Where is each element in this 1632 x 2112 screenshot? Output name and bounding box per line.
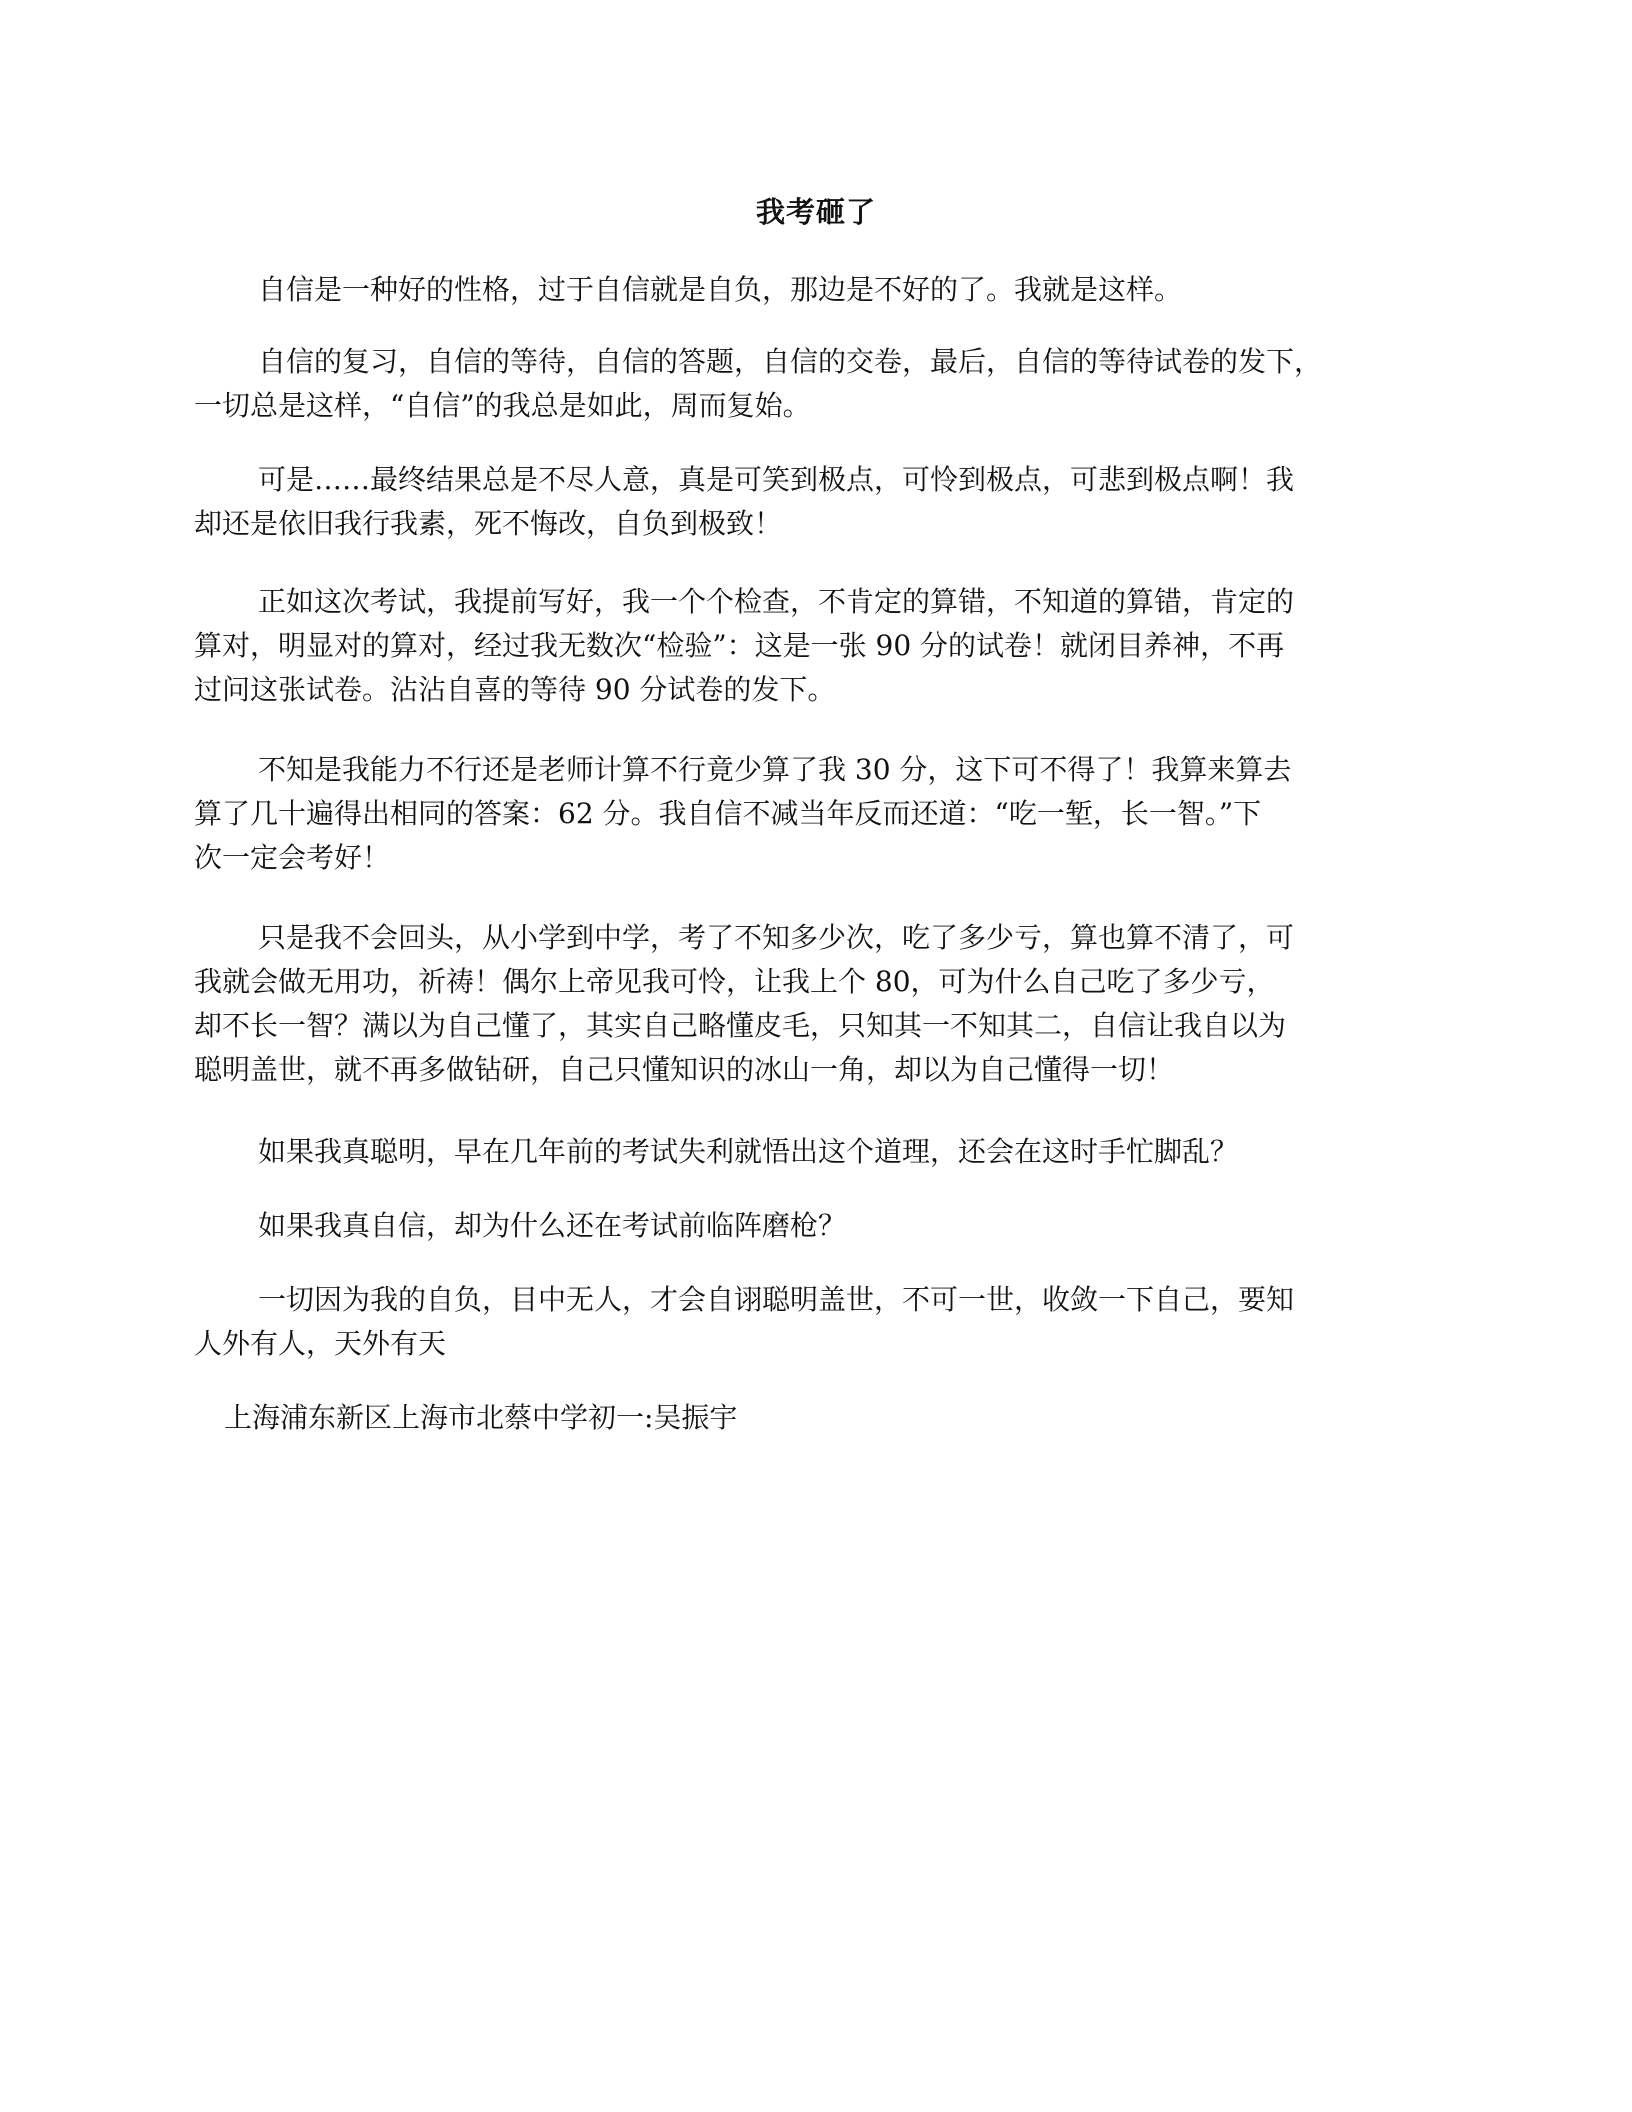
paragraph-line: 却还是依旧我行我素，死不悔改，自负到极致！	[194, 502, 1454, 546]
paragraph-line: 可是……最终结果总是不尽人意，真是可笑到极点，可怜到极点，可悲到极点啊！我	[194, 458, 1454, 502]
paragraph-2: 自信的复习，自信的等待，自信的答题，自信的交卷，最后，自信的等待试卷的发下， 一…	[194, 340, 1454, 428]
paragraph-line: 不知是我能力不行还是老师计算不行竟少算了我 30 分，这下可不得了！我算来算去	[194, 748, 1454, 792]
document-title: 我考砸了	[0, 192, 1632, 232]
paragraph-1: 自信是一种好的性格，过于自信就是自负，那边是不好的了。我就是这样。	[194, 268, 1454, 312]
paragraph-9: 一切因为我的自负，目中无人，才会自诩聪明盖世，不可一世，收敛一下自己，要知 人外…	[194, 1278, 1454, 1366]
paragraph-line: 如果我真自信，却为什么还在考试前临阵磨枪？	[194, 1204, 1454, 1248]
paragraph-line: 一切总是这样，“自信”的我总是如此，周而复始。	[194, 384, 1454, 428]
paragraph-line: 自信是一种好的性格，过于自信就是自负，那边是不好的了。我就是这样。	[194, 268, 1454, 312]
paragraph-line: 只是我不会回头，从小学到中学，考了不知多少次，吃了多少亏，算也算不清了，可	[194, 916, 1454, 960]
paragraph-5: 不知是我能力不行还是老师计算不行竟少算了我 30 分，这下可不得了！我算来算去 …	[194, 748, 1454, 880]
paragraph-4: 正如这次考试，我提前写好，我一个个检查，不肯定的算错，不知道的算错，肯定的 算对…	[194, 580, 1454, 712]
paragraph-3: 可是……最终结果总是不尽人意，真是可笑到极点，可怜到极点，可悲到极点啊！我 却还…	[194, 458, 1454, 546]
paragraph-6: 只是我不会回头，从小学到中学，考了不知多少次，吃了多少亏，算也算不清了，可 我就…	[194, 916, 1454, 1092]
author-signature: 上海浦东新区上海市北蔡中学初一:吴振宇	[224, 1396, 737, 1440]
paragraph-line: 却不长一智？满以为自己懂了，其实自己略懂皮毛，只知其一不知其二，自信让我自以为	[194, 1004, 1454, 1048]
paragraph-line: 人外有人，天外有天	[194, 1322, 1454, 1366]
paragraph-7: 如果我真聪明，早在几年前的考试失利就悟出这个道理，还会在这时手忙脚乱？	[194, 1130, 1454, 1174]
paragraph-line: 自信的复习，自信的等待，自信的答题，自信的交卷，最后，自信的等待试卷的发下，	[194, 340, 1454, 384]
paragraph-line: 我就会做无用功，祈祷！偶尔上帝见我可怜，让我上个 80，可为什么自己吃了多少亏，	[194, 960, 1454, 1004]
paragraph-line: 过问这张试卷。沾沾自喜的等待 90 分试卷的发下。	[194, 668, 1454, 712]
paragraph-line: 算对，明显对的算对，经过我无数次“检验”：这是一张 90 分的试卷！就闭目养神，…	[194, 624, 1454, 668]
paragraph-line: 一切因为我的自负，目中无人，才会自诩聪明盖世，不可一世，收敛一下自己，要知	[194, 1278, 1454, 1322]
paragraph-line: 正如这次考试，我提前写好，我一个个检查，不肯定的算错，不知道的算错，肯定的	[194, 580, 1454, 624]
paragraph-8: 如果我真自信，却为什么还在考试前临阵磨枪？	[194, 1204, 1454, 1248]
paragraph-line: 如果我真聪明，早在几年前的考试失利就悟出这个道理，还会在这时手忙脚乱？	[194, 1130, 1454, 1174]
paragraph-line: 算了几十遍得出相同的答案：62 分。我自信不减当年反而还道：“吃一堑，长一智。”…	[194, 792, 1454, 836]
document-page: 我考砸了 自信是一种好的性格，过于自信就是自负，那边是不好的了。我就是这样。 自…	[0, 0, 1632, 2112]
paragraph-line: 聪明盖世，就不再多做钻研，自己只懂知识的冰山一角，却以为自己懂得一切！	[194, 1048, 1454, 1092]
paragraph-line: 次一定会考好！	[194, 836, 1454, 880]
